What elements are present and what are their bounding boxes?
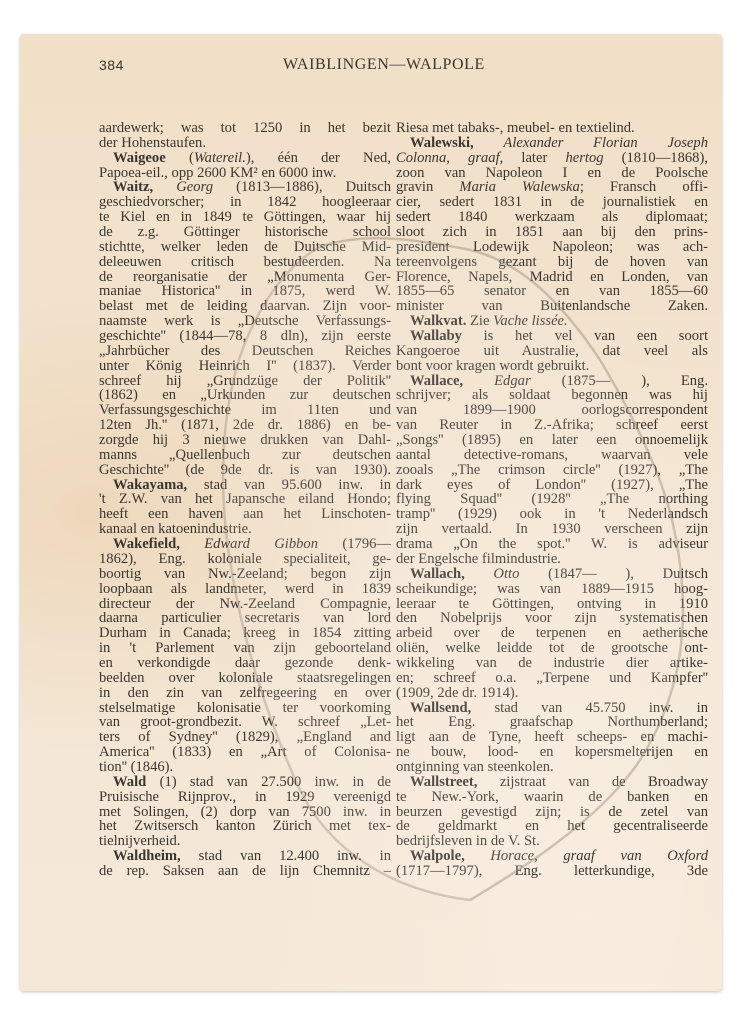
- text-segment: bont voor kragen wordt gebruikt.: [396, 358, 589, 374]
- text-segment: heeft een haven aan het Linschoten-: [99, 506, 391, 522]
- entry-headword: Wallsend,: [410, 700, 471, 716]
- text-line: 1862), Eng. koloniale specialiteit, ge-: [99, 552, 391, 567]
- text-line: zijn vertaald. In 1930 verscheen zijn: [396, 522, 708, 537]
- text-segment: en; schreef o.a. „Terpene und Kampfer'': [396, 670, 708, 686]
- italic-text: Georg: [176, 179, 213, 195]
- text-segment: den Nobelprijs voor zijn systematischen: [396, 610, 708, 626]
- text-line: maniae Historica'' in 1875, werd W.: [99, 284, 391, 299]
- text-line: bont voor kragen wordt gebruikt.: [396, 359, 708, 374]
- text-line: Wallach, Otto (1847— ), Duitsch: [396, 567, 708, 582]
- text-line: beurzen gevestigd zijn; is de zetel van: [396, 805, 708, 820]
- text-segment: unter König Heinrich I'' (1837). Verder: [99, 358, 391, 374]
- text-segment: sedert 1840 werkzaam als diplomaat;: [396, 209, 708, 225]
- text-segment: (: [166, 150, 194, 166]
- text-segment: president Lodewijk Napoleon; was ach-: [396, 239, 708, 255]
- text-segment: (1) stad van 27.500 inw. in de: [146, 774, 391, 790]
- text-line: tereenvolgens gezant bij de hoven van: [396, 255, 708, 270]
- text-line: Waldheim, stad van 12.400 inw. in: [99, 849, 391, 864]
- text-line: wikkeling van de industrie dier artike-: [396, 656, 708, 671]
- entry-headword: Wald: [113, 774, 146, 790]
- text-segment: America'' (1833) en „Art of Colonisa-: [99, 744, 391, 760]
- text-segment: [465, 848, 491, 864]
- text-segment: ne bouw, lood- en kopersmelterijen en: [396, 744, 708, 760]
- entry-headword: Walkvat.: [410, 313, 466, 329]
- text-segment: de z.g. Göttinger historische school: [99, 224, 391, 240]
- text-segment: aardewerk; was tot 1250 in het bezit: [99, 120, 391, 136]
- text-line: van 1899—1900 oorlogscorrespondent: [396, 403, 708, 418]
- text-segment: (1847— ), Duitsch: [519, 566, 708, 582]
- text-segment: „Songs'' (1895) en later een onnoemelijk: [396, 432, 708, 448]
- text-segment: de geldmarkt en het gecentraliseerde: [396, 818, 708, 834]
- text-segment: [463, 373, 494, 389]
- text-line: arbeid over de terpenen en aetherische: [396, 626, 708, 641]
- text-line: en; schreef o.a. „Terpene und Kampfer'': [396, 671, 708, 686]
- italic-text: Vache lissée.: [493, 313, 568, 329]
- text-segment: kanaal en katoenindustrie.: [99, 521, 252, 537]
- text-segment: flying Squad'' (1928'' „The northing: [396, 491, 708, 507]
- text-line: den Nobelprijs voor zijn systematischen: [396, 611, 708, 626]
- text-segment: naamste werk is „Deutsche Verfassungs-: [99, 313, 391, 329]
- text-line: Papoea-eil., opp 2600 KM² en 6000 inw.: [99, 166, 391, 181]
- text-line: Waigeoe (Watereil.), één der Ned,: [99, 151, 391, 166]
- entry-headword: Waigeoe: [113, 150, 166, 166]
- text-segment: wikkeling van de industrie dier artike-: [396, 655, 708, 671]
- text-line: ters of Sydney'' (1829), „England and: [99, 730, 391, 745]
- text-line: stichtte, welker leden de Duitsche Mid-: [99, 240, 391, 255]
- text-segment: drama „On the spot.'' W. is adviseur: [396, 536, 708, 552]
- italic-text: Maria Walewska: [459, 179, 579, 195]
- text-segment: gravin: [396, 179, 459, 195]
- text-segment: bedrijfsleven in de V. St.: [396, 833, 540, 849]
- text-line: naamste werk is „Deutsche Verfassungs-: [99, 314, 391, 329]
- text-segment: tramp'' (1929) ook in 't Nederlandsch: [396, 506, 708, 522]
- text-line: boortig van Nw.-Zeeland; begon zijn: [99, 567, 391, 582]
- text-line: der Engelsche filmindustrie.: [396, 552, 708, 567]
- text-segment: geschichte'' (1844—78, 8 dln), zijn eers…: [99, 328, 391, 344]
- text-line: sedert 1840 werkzaam als diplomaat;: [396, 210, 708, 225]
- text-line: dark eyes of London'' (1927), „The: [396, 478, 708, 493]
- text-line: zorgde hij 3 nieuwe drukken van Dahl-: [99, 433, 391, 448]
- text-line: in 't Parlement van zijn geboorteland: [99, 641, 391, 656]
- text-segment: zoon van Napoleon I en de Poolsche: [396, 165, 708, 181]
- text-segment: Durham in Canada; kreeg in 1854 zitting: [99, 625, 391, 641]
- entry-headword: Wallaby: [410, 328, 462, 344]
- italic-text: Watereil.: [194, 150, 246, 166]
- text-line: Wallace, Edgar (1875— ), Eng.: [396, 374, 708, 389]
- text-segment: met Solingen, (2) dorp van 7500 inw. in: [99, 804, 391, 820]
- text-line: manns „Quellenbuch zur deutschen: [99, 448, 391, 463]
- text-segment: het Zwitsersch kanton Zürich met tex-: [99, 818, 391, 834]
- text-line: schreef hij „Grundzüge der Politik'': [99, 374, 391, 389]
- text-line: flying Squad'' (1928'' „The northing: [396, 492, 708, 507]
- text-line: 1855—65 senator en van 1855—60: [396, 284, 708, 299]
- text-segment: dark eyes of London'' (1927), „The: [396, 477, 708, 493]
- entry-headword: Wallstreet,: [410, 774, 477, 790]
- text-line: de rep. Saksen aan de lijn Chemnitz –: [99, 864, 391, 879]
- italic-text: Alexander Florian Joseph: [503, 135, 708, 151]
- italic-text: Colonna, graaf,: [396, 150, 503, 166]
- text-segment: boortig van Nw.-Zeeland; begon zijn: [99, 566, 391, 582]
- text-segment: schreef hij „Grundzüge der Politik'': [99, 373, 391, 389]
- text-segment: cier, sedert 1831 in de journalistiek en: [396, 194, 708, 210]
- entry-headword: Walpole,: [410, 848, 465, 864]
- text-line: Wallsend, stad van 45.750 inw. in: [396, 701, 708, 716]
- text-segment: schrijver; als soldaat begonnen was hij: [396, 387, 708, 403]
- right-column: Riesa met tabaks-, meubel- en textielind…: [396, 121, 708, 879]
- text-segment: van 1899—1900 oorlogscorrespondent: [396, 402, 708, 418]
- text-segment: 12ten Jh.'' (1871, 2de dr. 1886) en be-: [99, 417, 391, 433]
- text-line: ne bouw, lood- en kopersmelterijen en: [396, 745, 708, 760]
- text-line: van groot-grondbezit. W. schreef „Let-: [99, 715, 391, 730]
- text-segment: stad van 45.750 inw. in: [471, 700, 708, 716]
- entry-headword: Waitz,: [113, 179, 153, 195]
- text-line: te New.-York, waarin de banken en: [396, 790, 708, 805]
- text-segment: later: [503, 150, 565, 166]
- text-line: Geschichte'' (de 9de dr. is van 1930).: [99, 463, 391, 478]
- text-segment: maniae Historica'' in 1875, werd W.: [99, 283, 391, 299]
- text-segment: ligt aan de Tyne, heeft scheeps- en mach…: [396, 729, 708, 745]
- text-line: aantal detective-romans, waarvan vele: [396, 448, 708, 463]
- text-line: Durham in Canada; kreeg in 1854 zitting: [99, 626, 391, 641]
- text-line: het Eng. graafschap Northumberland;: [396, 715, 708, 730]
- text-line: te Kiel en in 1849 te Göttingen, waar hi…: [99, 210, 391, 225]
- text-segment: in 't Parlement van zijn geboorteland: [99, 640, 391, 656]
- text-segment: beurzen gevestigd zijn; is de zetel van: [396, 804, 708, 820]
- text-line: de geldmarkt en het gecentraliseerde: [396, 819, 708, 834]
- text-segment: tereenvolgens gezant bij de hoven van: [396, 254, 708, 270]
- text-line: Riesa met tabaks-, meubel- en textielind…: [396, 121, 708, 136]
- text-segment: stelselmatige kolonisatie ter voorkoming: [99, 700, 391, 716]
- text-segment: (1813—1886), Duitsch: [213, 179, 391, 195]
- text-line: Kangoeroe uit Australie, dat veel als: [396, 344, 708, 359]
- text-line: Waitz, Georg (1813—1886), Duitsch: [99, 180, 391, 195]
- text-segment: te New.-York, waarin de banken en: [396, 789, 708, 805]
- text-segment: der Engelsche filmindustrie.: [396, 551, 561, 567]
- text-segment: ontginning van steenkolen.: [396, 759, 554, 775]
- text-segment: is het vel van een soort: [462, 328, 708, 344]
- text-line: in den zin van zelfregeering en over: [99, 686, 391, 701]
- text-line: „Jahrbücher des Deutschen Reiches: [99, 344, 391, 359]
- text-segment: [465, 566, 494, 582]
- text-line: Walewski, Alexander Florian Joseph: [396, 136, 708, 151]
- text-segment: geschiedvorscher; in 1842 hoogleeraar: [99, 194, 391, 210]
- text-segment: Florence, Napels, Madrid en Londen, van: [396, 269, 708, 285]
- text-segment: het Eng. graafschap Northumberland;: [396, 714, 708, 730]
- text-line: zooals „The crimson circle'' (1927), „Th…: [396, 463, 708, 478]
- text-segment: minister van Buitenlandsche Zaken.: [396, 298, 708, 314]
- page-number: 384: [99, 57, 124, 73]
- text-segment: „Jahrbücher des Deutschen Reiches: [99, 343, 391, 359]
- entry-headword: Walewski,: [410, 135, 474, 151]
- text-segment: stad van 12.400 inw. in: [181, 848, 391, 864]
- text-line: tion'' (1846).: [99, 760, 391, 775]
- text-line: drama „On the spot.'' W. is adviseur: [396, 537, 708, 552]
- entry-headword: Waldheim,: [113, 848, 181, 864]
- text-segment: ), één der Ned,: [246, 150, 391, 166]
- text-segment: manns „Quellenbuch zur deutschen: [99, 447, 391, 463]
- italic-text: Edgar: [494, 373, 530, 389]
- text-line: het Zwitsersch kanton Zürich met tex-: [99, 819, 391, 834]
- text-line: bedrijfsleven in de V. St.: [396, 834, 708, 849]
- text-line: stelselmatige kolonisatie ter voorkoming: [99, 701, 391, 716]
- text-segment: [153, 179, 176, 195]
- text-line: de reorganisatie der „Monumenta Ger-: [99, 270, 391, 285]
- text-segment: zorgde hij 3 nieuwe drukken van Dahl-: [99, 432, 391, 448]
- text-segment: Riesa met tabaks-, meubel- en textielind…: [396, 120, 635, 136]
- text-line: de z.g. Göttinger historische school: [99, 225, 391, 240]
- text-segment: scheikundige; was van 1889—1915 hoog-: [396, 581, 708, 597]
- text-segment: Geschichte'' (de 9de dr. is van 1930).: [99, 462, 391, 478]
- text-segment: Pruisische Rijnprov., in 1929 vereenigd: [99, 789, 391, 805]
- text-line: van Reuter in Z.-Afrika; schreef eerst: [396, 418, 708, 433]
- text-segment: stad van 95.600 inw. in: [187, 477, 391, 493]
- text-segment: de rep. Saksen aan de lijn Chemnitz –: [99, 863, 391, 879]
- text-line: ligt aan de Tyne, heeft scheeps- en mach…: [396, 730, 708, 745]
- text-line: kanaal en katoenindustrie.: [99, 522, 391, 537]
- text-line: heeft een haven aan het Linschoten-: [99, 507, 391, 522]
- text-segment: 't Z.W. van het Japansche eiland Hondo;: [99, 491, 391, 507]
- text-segment: (1875— ), Eng.: [531, 373, 708, 389]
- text-line: deleeuwen critisch bestudeerden. Na: [99, 255, 391, 270]
- text-line: beelden over koloniale staatsregelingen: [99, 671, 391, 686]
- italic-text: hertog: [565, 150, 603, 166]
- text-segment: sloot zich in 1851 aan bij den prins-: [396, 224, 708, 240]
- text-line: aardewerk; was tot 1250 in het bezit: [99, 121, 391, 136]
- text-line: ontginning van steenkolen.: [396, 760, 708, 775]
- text-segment: tielnijverheid.: [99, 833, 180, 849]
- text-segment: Verfassungsgeschichte im 11ten und: [99, 402, 391, 418]
- text-segment: ters of Sydney'' (1829), „England and: [99, 729, 391, 745]
- text-line: Wallstreet, zijstraat van de Broadway: [396, 775, 708, 790]
- left-column: aardewerk; was tot 1250 in het bezitder …: [99, 121, 391, 879]
- text-segment: zooals „The crimson circle'' (1927), „Th…: [396, 462, 708, 478]
- text-segment: en verkondigde daar gezonde denk-: [99, 655, 391, 671]
- text-segment: tion'' (1846).: [99, 759, 173, 775]
- text-segment: daarna particulier secretaris van lord: [99, 610, 391, 626]
- text-segment: loopbaan als landmeter, werd in 1839: [99, 581, 391, 597]
- text-segment: oliën, welke leidde tot de grootsche ont…: [396, 640, 708, 656]
- text-segment: (1909, 2de dr. 1914).: [396, 685, 518, 701]
- text-segment: Papoea-eil., opp 2600 KM² en 6000 inw.: [99, 165, 336, 181]
- text-line: Verfassungsgeschichte im 11ten und: [99, 403, 391, 418]
- text-segment: van Reuter in Z.-Afrika; schreef eerst: [396, 417, 708, 433]
- text-line: cier, sedert 1831 in de journalistiek en: [396, 195, 708, 210]
- text-segment: leeraar te Göttingen, ontving in 1910: [396, 596, 708, 612]
- text-segment: van groot-grondbezit. W. schreef „Let-: [99, 714, 391, 730]
- text-line: loopbaan als landmeter, werd in 1839: [99, 582, 391, 597]
- text-line: Walkvat. Zie Vache lissée.: [396, 314, 708, 329]
- text-segment: de reorganisatie der „Monumenta Ger-: [99, 269, 391, 285]
- text-segment: der Hohenstaufen.: [99, 135, 206, 151]
- text-line: Pruisische Rijnprov., in 1929 vereenigd: [99, 790, 391, 805]
- text-segment: te Kiel en in 1849 te Göttingen, waar hi…: [99, 209, 391, 225]
- text-line: geschiedvorscher; in 1842 hoogleeraar: [99, 195, 391, 210]
- text-segment: belast met de leiding daarvan. Zijn voor…: [99, 298, 391, 314]
- italic-text: Horace, graaf van Oxford: [490, 848, 708, 864]
- text-line: der Hohenstaufen.: [99, 136, 391, 151]
- text-segment: [180, 536, 204, 552]
- text-line: en verkondigde daar gezonde denk-: [99, 656, 391, 671]
- text-segment: (1796—: [318, 536, 391, 552]
- text-line: belast met de leiding daarvan. Zijn voor…: [99, 299, 391, 314]
- text-line: Wakayama, stad van 95.600 inw. in: [99, 478, 391, 493]
- entry-headword: Wakayama,: [113, 477, 187, 493]
- text-line: Wakefield, Edward Gibbon (1796—: [99, 537, 391, 552]
- text-line: 't Z.W. van het Japansche eiland Hondo;: [99, 492, 391, 507]
- text-segment: 1855—65 senator en van 1855—60: [396, 283, 708, 299]
- text-line: directeur der Nw.-Zeeland Compagnie,: [99, 597, 391, 612]
- text-line: sloot zich in 1851 aan bij den prins-: [396, 225, 708, 240]
- text-line: 12ten Jh.'' (1871, 2de dr. 1886) en be-: [99, 418, 391, 433]
- italic-text: Otto: [493, 566, 519, 582]
- text-segment: stichtte, welker leden de Duitsche Mid-: [99, 239, 391, 255]
- text-line: Colonna, graaf, later hertog (1810—1868)…: [396, 151, 708, 166]
- text-line: (1717—1797), Eng. letterkundige, 3de: [396, 864, 708, 879]
- entry-headword: Wallace,: [410, 373, 463, 389]
- text-segment: zijn vertaald. In 1930 verscheen zijn: [396, 521, 708, 537]
- text-line: Walpole, Horace, graaf van Oxford: [396, 849, 708, 864]
- text-segment: Zie: [466, 313, 493, 329]
- text-line: president Lodewijk Napoleon; was ach-: [396, 240, 708, 255]
- text-segment: (1717—1797), Eng. letterkundige, 3de: [396, 863, 708, 879]
- text-segment: 1862), Eng. koloniale specialiteit, ge-: [99, 551, 391, 567]
- text-line: America'' (1833) en „Art of Colonisa-: [99, 745, 391, 760]
- italic-text: Edward Gibbon: [204, 536, 318, 552]
- text-line: unter König Heinrich I'' (1837). Verder: [99, 359, 391, 374]
- text-line: leeraar te Göttingen, ontving in 1910: [396, 597, 708, 612]
- text-segment: Kangoeroe uit Australie, dat veel als: [396, 343, 708, 359]
- text-segment: (1862) en „Urkunden zur deutschen: [99, 387, 391, 403]
- text-line: geschichte'' (1844—78, 8 dln), zijn eers…: [99, 329, 391, 344]
- text-segment: zijstraat van de Broadway: [477, 774, 708, 790]
- text-line: zoon van Napoleon I en de Poolsche: [396, 166, 708, 181]
- text-line: tielnijverheid.: [99, 834, 391, 849]
- text-line: tramp'' (1929) ook in 't Nederlandsch: [396, 507, 708, 522]
- text-segment: beelden over koloniale staatsregelingen: [99, 670, 391, 686]
- text-line: „Songs'' (1895) en later een onnoemelijk: [396, 433, 708, 448]
- text-line: Wald (1) stad van 27.500 inw. in de: [99, 775, 391, 790]
- text-segment: deleeuwen critisch bestudeerden. Na: [99, 254, 391, 270]
- text-segment: directeur der Nw.-Zeeland Compagnie,: [99, 596, 391, 612]
- entry-headword: Wakefield,: [113, 536, 180, 552]
- text-line: gravin Maria Walewska; Fransch offi-: [396, 180, 708, 195]
- text-segment: aantal detective-romans, waarvan vele: [396, 447, 708, 463]
- page-header: 384 WAIBLINGEN—WALPOLE: [0, 57, 754, 77]
- text-segment: ; Fransch offi-: [580, 179, 708, 195]
- text-line: oliën, welke leidde tot de grootsche ont…: [396, 641, 708, 656]
- text-segment: in den zin van zelfregeering en over: [99, 685, 391, 701]
- text-line: scheikundige; was van 1889—1915 hoog-: [396, 582, 708, 597]
- text-line: Florence, Napels, Madrid en Londen, van: [396, 270, 708, 285]
- text-segment: (1810—1868),: [604, 150, 708, 166]
- text-line: minister van Buitenlandsche Zaken.: [396, 299, 708, 314]
- text-line: schrijver; als soldaat begonnen was hij: [396, 388, 708, 403]
- entry-headword: Wallach,: [410, 566, 465, 582]
- text-line: met Solingen, (2) dorp van 7500 inw. in: [99, 805, 391, 820]
- running-head: WAIBLINGEN—WALPOLE: [283, 56, 485, 74]
- text-line: (1909, 2de dr. 1914).: [396, 686, 708, 701]
- text-segment: arbeid over de terpenen en aetherische: [396, 625, 708, 641]
- text-line: (1862) en „Urkunden zur deutschen: [99, 388, 391, 403]
- text-line: Wallaby is het vel van een soort: [396, 329, 708, 344]
- text-line: daarna particulier secretaris van lord: [99, 611, 391, 626]
- text-segment: [474, 135, 504, 151]
